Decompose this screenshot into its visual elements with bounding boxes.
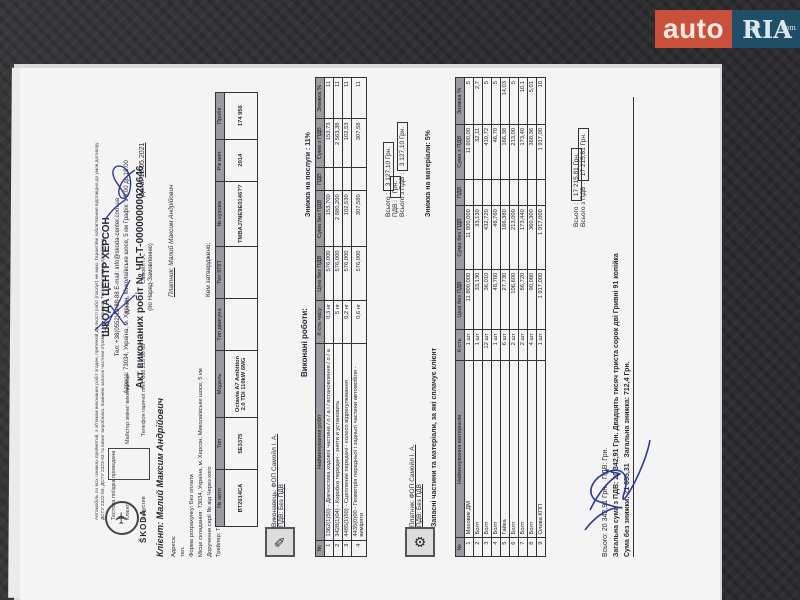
table-row: 3Болт12 шт36,010432,720410,725 [483, 78, 492, 557]
signature-mark [575, 430, 655, 540]
parts-table: №Найменування матеріалів К-стьЦіна без П… [455, 77, 546, 557]
performer-stamp-icon: ✎ [265, 527, 295, 557]
table-row: 34485(1)50) - Сцепление передачі - колес… [343, 78, 352, 557]
stamp-box [108, 448, 150, 480]
watermark-ria: ★ RIA .com [732, 10, 800, 48]
parts-title: Запасні частини та матеріали, за які спл… [431, 348, 438, 527]
performer-parts: Платник: ФОП Самойл І. А. ПДВ: Без ПДВ [409, 445, 423, 527]
table-row: 23428(1)04) - Коробка передач - зняти и … [334, 78, 343, 557]
performer-works: Виконавець: ФОП Самойл І. А. ПДВ: Без ПД… [271, 434, 285, 527]
autoria-watermark: auto ★ RIA .com [655, 10, 800, 48]
table-row: 7Болт2 шт86,720173,440173,4010,1 [519, 78, 528, 557]
table-row: 6Болт2 шт106,600213,000213,005 [510, 78, 519, 557]
star-icon: ★ [750, 8, 761, 48]
works-totals: Всього : 3 127,10 Грн. ПДВ : Грн. Всього… [385, 122, 406, 217]
works-title: Виконані роботи: [300, 308, 309, 377]
table-row: 44435(0)00 - Геометрія передньої і заднь… [352, 78, 367, 557]
parts-stamp-icon: ⚙ [405, 527, 435, 557]
works-discount: Знижка на послуги : 11% [305, 132, 312, 217]
signature-mark-3 [90, 275, 140, 335]
table-row: 5Гайка6 шт27,730166,380166,3814,03 [501, 78, 510, 557]
parts-discount: Знижка на матеріали: 5% [425, 130, 432, 217]
table-row: 9Олива КПП1 шт1 917,0001 917,0001 917,00… [537, 78, 546, 557]
table-row: 1Маховик ДМ1 шт11 800,00011 800,00011 80… [465, 78, 474, 557]
table-row: 8Болт4 шт90,080360,300360,365,01 [528, 78, 537, 557]
table-row: 4Болт1 шт48,76048,76046,705 [492, 78, 501, 557]
parts-totals: Всього : 17 215,81 Грн. Всього з ПДВ : 1… [573, 128, 587, 227]
works-table: №Найменування робіт К-сть часуЦіна без П… [315, 77, 367, 557]
table-row: 11362(1)50) - Діагностика ходової частин… [325, 78, 334, 557]
signature-mark-2 [95, 150, 145, 230]
watermark-auto: auto [655, 10, 732, 48]
table-row: 2Болт1 шт33,13033,13032,112,7 [474, 78, 483, 557]
